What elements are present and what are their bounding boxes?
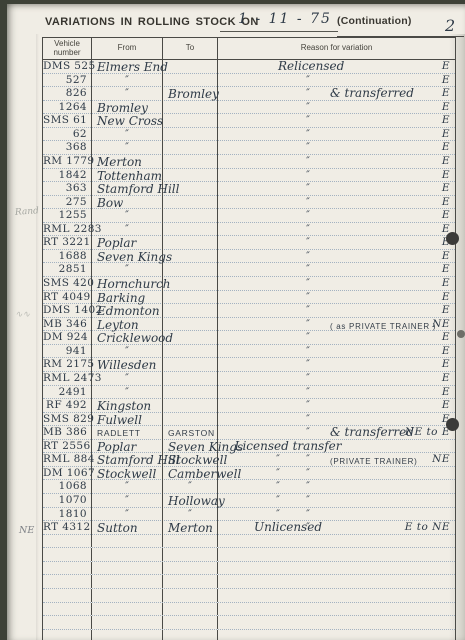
column-header-to: To: [163, 38, 218, 59]
column-header-vehicle-number: Vehicle number: [43, 38, 92, 59]
licence-status-code: E: [442, 182, 450, 194]
reason-main-text: ″: [278, 372, 338, 385]
to-garage-cell: [163, 169, 218, 183]
from-garage-cell: [92, 562, 163, 575]
vehicle-number-cell: 363: [43, 182, 92, 196]
empty-table-row: [43, 630, 455, 640]
reason-cell: ″ E: [218, 223, 455, 237]
reason-main-text: ″: [278, 74, 338, 87]
from-garage-cell: ″: [92, 128, 163, 142]
to-garage-cell: Bromley: [163, 87, 218, 101]
from-garage-cell: ″: [92, 223, 163, 237]
licence-status-code: E: [442, 209, 450, 221]
from-garage-cell: ″: [92, 372, 163, 386]
reason-main-text: ″: [278, 413, 338, 426]
vehicle-number-cell: MB 386: [43, 426, 92, 440]
reason-cell: ″ ( as PRIVATE TRAINER ) NE: [218, 318, 455, 332]
licence-status-code: E: [442, 250, 450, 262]
reason-cell: ″ E: [218, 304, 455, 318]
to-garage-cell: [163, 250, 218, 264]
from-garage-cell: Stockwell: [92, 467, 163, 481]
table-row: 826 ″ Bromley ″ & transferred E: [43, 87, 455, 101]
empty-table-row: [43, 589, 455, 603]
licence-status-code: E: [442, 386, 450, 398]
from-garage-cell: Merton: [92, 155, 163, 169]
to-garage-cell: [163, 277, 218, 291]
reason-main-text: ″: [278, 87, 338, 100]
table-row: 2851 ″ ″ E: [43, 263, 455, 277]
reason-main-text: ″: [278, 128, 338, 141]
vehicle-number-cell: [43, 589, 92, 602]
from-garage-cell: Poplar: [92, 236, 163, 250]
vehicle-number-cell: RM 1779: [43, 155, 92, 169]
licence-status-code: E: [442, 304, 450, 316]
reason-main-text: ″: [278, 277, 338, 290]
to-garage-cell: [163, 331, 218, 345]
to-garage-cell: [163, 562, 218, 575]
reason-cell: ″ E: [218, 386, 455, 400]
reason-main-text: ″: [278, 386, 338, 399]
reason-main-text: ″: [278, 480, 338, 493]
rolling-stock-table: Vehicle number From To Reason for variat…: [42, 37, 456, 640]
licence-status-code: NE: [432, 318, 450, 330]
licence-status-code: E: [442, 87, 450, 99]
table-row: 941 ″ ″ E: [43, 345, 455, 359]
reason-annotation: & transferred: [330, 87, 409, 100]
to-garage-cell: [163, 114, 218, 128]
table-row: DM 1067 Stockwell Camberwell ″ ″: [43, 467, 455, 481]
licence-status-code: E: [442, 196, 450, 208]
to-garage-cell: ″: [163, 480, 218, 494]
to-garage-cell: Camberwell: [163, 467, 218, 481]
reason-cell: [218, 562, 455, 575]
to-garage-cell: Merton: [163, 521, 218, 535]
to-garage-cell: [163, 318, 218, 332]
document-header: VARIATIONS IN ROLLING STOCK ON 1 - 11 - …: [7, 4, 465, 37]
reason-main-text: ″: [278, 209, 338, 222]
reason-cell: ″ ″: [218, 467, 455, 481]
table-row: 527 ″ ″ E: [43, 74, 455, 88]
reason-main-text: ″: [278, 155, 338, 168]
to-garage-cell: [163, 630, 218, 640]
licence-status-code: E: [442, 101, 450, 113]
reason-main-text: ″: [278, 494, 338, 507]
empty-table-row: [43, 603, 455, 617]
to-garage-cell: [163, 101, 218, 115]
reason-main-text: ″: [278, 169, 338, 182]
from-garage-cell: [92, 548, 163, 561]
margin-pencil-note: Rand: [15, 206, 40, 218]
to-garage-cell: [163, 603, 218, 616]
hole-punch-dot: [446, 418, 459, 431]
from-garage-cell: Poplar: [92, 440, 163, 454]
licence-status-code: E: [442, 128, 450, 140]
vehicle-number-cell: [43, 575, 92, 588]
from-garage-cell: ″: [92, 480, 163, 494]
vehicle-number-cell: DM 1067: [43, 467, 92, 481]
vehicle-number-cell: RT 2556: [43, 440, 92, 454]
empty-table-row: [43, 548, 455, 562]
licence-status-code: E: [442, 331, 450, 343]
reason-cell: [218, 575, 455, 588]
vehicle-number-cell: RML 2473: [43, 372, 92, 386]
from-garage-cell: [92, 616, 163, 629]
from-garage-cell: Hornchurch: [92, 277, 163, 291]
to-garage-cell: [163, 128, 218, 142]
reason-main-text: ″: [278, 521, 338, 534]
to-garage-cell: [163, 372, 218, 386]
reason-cell: ″ E: [218, 277, 455, 291]
from-garage-cell: Edmonton: [92, 304, 163, 318]
to-garage-cell: [163, 291, 218, 305]
table-row: 1255 ″ ″ E: [43, 209, 455, 223]
from-garage-cell: ″: [92, 74, 163, 88]
to-garage-cell: [163, 209, 218, 223]
vehicle-number-cell: DMS 525: [43, 60, 92, 74]
document-title: VARIATIONS IN ROLLING STOCK ON: [45, 16, 259, 28]
reason-cell: ″ E: [218, 141, 455, 155]
reason-annotation: & transferred: [330, 426, 409, 439]
reason-cell: ″ E: [218, 101, 455, 115]
from-garage-cell: Seven Kings: [92, 250, 163, 264]
vehicle-number-cell: 527: [43, 74, 92, 88]
table-row: 1688 Seven Kings ″ E: [43, 250, 455, 264]
table-body: DMS 525 Elmers End Relicensed E 527 ″ ″ …: [43, 60, 455, 640]
licence-status-code: E: [442, 291, 450, 303]
vehicle-number-cell: 2851: [43, 263, 92, 277]
vehicle-number-cell: RML 884: [43, 453, 92, 467]
reason-main-text: ″: [278, 467, 338, 480]
empty-table-row: [43, 562, 455, 576]
reason-cell: [218, 535, 455, 548]
licence-status-code: E: [442, 155, 450, 167]
vehicle-number-cell: 1810: [43, 508, 92, 522]
vehicle-number-cell: 941: [43, 345, 92, 359]
vehicle-number-cell: [43, 603, 92, 616]
to-garage-cell: [163, 263, 218, 277]
from-garage-cell: Barking: [92, 291, 163, 305]
reason-cell: ″ E: [218, 291, 455, 305]
scanned-page: VARIATIONS IN ROLLING STOCK ON 1 - 11 - …: [7, 4, 465, 640]
reason-cell: ″ ″: [218, 480, 455, 494]
to-garage-cell: [163, 386, 218, 400]
licence-status-code: E: [442, 141, 450, 153]
vehicle-number-cell: 1070: [43, 494, 92, 508]
table-row: MB 346 Leyton ″ ( as PRIVATE TRAINER ) N…: [43, 318, 455, 332]
vehicle-number-cell: RML 2283: [43, 223, 92, 237]
table-row: 1070 ″ Holloway ″ ″: [43, 494, 455, 508]
reason-cell: ″ E: [218, 250, 455, 264]
from-garage-cell: [92, 603, 163, 616]
licence-status-code: E: [442, 358, 450, 370]
from-garage-cell: Bow: [92, 196, 163, 210]
reason-cell: [218, 548, 455, 561]
from-garage-cell: ″: [92, 209, 163, 223]
from-garage-cell: Willesden: [92, 358, 163, 372]
table-row: RT 4312 Sutton Merton Unlicensed ″ E to …: [43, 521, 455, 535]
document-date-handwritten: 1 - 11 - 75: [235, 11, 335, 27]
vehicle-number-cell: 1842: [43, 169, 92, 183]
table-row: 275 Bow ″ E: [43, 196, 455, 210]
vehicle-number-cell: DM 924: [43, 331, 92, 345]
reason-cell: [218, 616, 455, 629]
reason-cell: ″ E: [218, 128, 455, 142]
reason-cell: ″ E: [218, 114, 455, 128]
reason-main-text: ″: [278, 223, 338, 236]
vehicle-number-cell: 1688: [43, 250, 92, 264]
table-row: MB 386 RADLETT GARSTON ″ & transferred N…: [43, 426, 455, 440]
reason-left-text: Licensed transfer: [230, 440, 346, 453]
table-row: RM 2175 Willesden ″ E: [43, 358, 455, 372]
licence-status-code: E: [442, 277, 450, 289]
to-garage-cell: [163, 358, 218, 372]
reason-cell: ″ E: [218, 236, 455, 250]
table-row: 1810 ″ ″ ″ ″: [43, 508, 455, 522]
column-header-from: From: [92, 38, 163, 59]
to-garage-cell: [163, 589, 218, 602]
licence-status-code: NE to E: [405, 426, 450, 438]
reason-cell: ″ E: [218, 182, 455, 196]
vehicle-number-cell: 1068: [43, 480, 92, 494]
reason-cell: Relicensed E: [218, 60, 455, 74]
to-garage-cell: [163, 345, 218, 359]
reason-cell: Licensed transfer: [218, 440, 455, 454]
reason-cell: ″ E: [218, 196, 455, 210]
from-garage-cell: Fulwell: [92, 413, 163, 427]
licence-status-code: NE: [432, 453, 450, 465]
to-garage-cell: [163, 548, 218, 561]
table-row: 363 Stamford Hill ″ E: [43, 182, 455, 196]
vehicle-number-cell: SMS 420: [43, 277, 92, 291]
vehicle-number-cell: RT 4312: [43, 521, 92, 535]
table-row: RM 1779 Merton ″ E: [43, 155, 455, 169]
reason-cell: ″ & transferred E: [218, 87, 455, 101]
table-row: RT 3221 Poplar ″ E: [43, 236, 455, 250]
to-garage-cell: Seven Kings: [163, 440, 218, 454]
table-row: DMS 525 Elmers End Relicensed E: [43, 60, 455, 74]
from-garage-cell: New Cross: [92, 114, 163, 128]
table-row: 62 ″ ″ E: [43, 128, 455, 142]
to-garage-cell: [163, 223, 218, 237]
reason-cell: ″ E: [218, 169, 455, 183]
table-row: 1842 Tottenham ″ E: [43, 169, 455, 183]
from-garage-cell: Leyton: [92, 318, 163, 332]
to-garage-cell: [163, 535, 218, 548]
licence-status-code: E: [442, 114, 450, 126]
reason-cell: ″ ″ (PRIVATE TRAINER) NE: [218, 453, 455, 467]
table-row: DMS 1402 Edmonton ″ E: [43, 304, 455, 318]
to-garage-cell: [163, 304, 218, 318]
table-row: SMS 61 New Cross ″ E: [43, 114, 455, 128]
to-garage-cell: [163, 141, 218, 155]
reason-cell: ″ E: [218, 155, 455, 169]
reason-main-text: ″: [278, 101, 338, 114]
vehicle-number-cell: 368: [43, 141, 92, 155]
vehicle-number-cell: 1255: [43, 209, 92, 223]
vehicle-number-cell: MB 346: [43, 318, 92, 332]
reason-main-text: ″: [278, 236, 338, 249]
licence-status-code: E: [442, 263, 450, 275]
reason-cell: ″ ″: [218, 494, 455, 508]
reason-cell: ″ E: [218, 209, 455, 223]
licence-status-code: E: [442, 399, 450, 411]
licence-status-code: E: [442, 74, 450, 86]
table-row: 1068 ″ ″ ″ ″: [43, 480, 455, 494]
reason-cell: [218, 589, 455, 602]
vehicle-number-cell: [43, 562, 92, 575]
vehicle-number-cell: SMS 61: [43, 114, 92, 128]
margin-pencil-note-ne: NE: [19, 525, 34, 536]
from-garage-cell: Tottenham: [92, 169, 163, 183]
table-row: RF 492 Kingston ″ E: [43, 399, 455, 413]
vehicle-number-cell: [43, 548, 92, 561]
reason-main-text: Relicensed: [278, 60, 338, 73]
reason-cell: ″ E: [218, 263, 455, 277]
vehicle-number-cell: [43, 535, 92, 548]
vehicle-number-cell: RT 4049: [43, 291, 92, 305]
to-garage-cell: [163, 575, 218, 588]
table-row: 368 ″ ″ E: [43, 141, 455, 155]
licence-status-code: E: [442, 60, 450, 72]
reason-main-text: ″: [278, 318, 338, 331]
table-row: RML 2473 ″ ″ E: [43, 372, 455, 386]
reason-cell: [218, 603, 455, 616]
reason-main-text: ″: [278, 141, 338, 154]
reason-main-text: ″: [278, 399, 338, 412]
reason-cell: [218, 630, 455, 640]
vehicle-number-cell: RM 2175: [43, 358, 92, 372]
to-garage-cell: GARSTON: [163, 426, 218, 440]
from-garage-cell: ″: [92, 386, 163, 400]
reason-main-text: ″: [278, 114, 338, 127]
table-row: 1264 Bromley ″ E: [43, 101, 455, 115]
reason-main-text: ″: [278, 331, 338, 344]
to-garage-cell: Stockwell: [163, 453, 218, 467]
licence-status-code: E to NE: [405, 521, 450, 533]
reason-main-text: ″: [278, 345, 338, 358]
to-garage-cell: [163, 155, 218, 169]
vehicle-number-cell: RT 3221: [43, 236, 92, 250]
reason-main-text: ″: [278, 263, 338, 276]
continuation-label: (Continuation): [337, 15, 412, 27]
from-garage-cell: Stamford Hill: [92, 453, 163, 467]
from-garage-cell: [92, 630, 163, 640]
licence-status-code: E: [442, 169, 450, 181]
from-garage-cell: RADLETT: [92, 426, 163, 440]
reason-cell: Unlicensed ″ E to NE: [218, 521, 455, 535]
reason-main-text: ″: [278, 304, 338, 317]
reason-main-text: ″: [278, 453, 338, 466]
margin-pencil-scribble: ∿∿: [15, 310, 30, 320]
to-garage-cell: [163, 399, 218, 413]
reason-cell: ″ E: [218, 399, 455, 413]
from-garage-cell: Sutton: [92, 521, 163, 535]
from-garage-cell: ″: [92, 263, 163, 277]
vehicle-number-cell: 826: [43, 87, 92, 101]
reason-main-text: ″: [278, 426, 338, 439]
table-row: RML 884 Stamford Hill Stockwell ″ ″ (PRI…: [43, 453, 455, 467]
reason-main-text: ″: [278, 291, 338, 304]
vehicle-number-cell: [43, 616, 92, 629]
reason-cell: ″ E: [218, 345, 455, 359]
reason-main-text: ″: [278, 250, 338, 263]
from-garage-cell: Stamford Hill: [92, 182, 163, 196]
from-garage-cell: ″: [92, 87, 163, 101]
vehicle-number-cell: 2491: [43, 386, 92, 400]
vehicle-number-cell: DMS 1402: [43, 304, 92, 318]
vehicle-number-cell: 62: [43, 128, 92, 142]
from-garage-cell: Bromley: [92, 101, 163, 115]
page-fold-crease: [36, 34, 39, 640]
table-row: SMS 420 Hornchurch ″ E: [43, 277, 455, 291]
table-row: RML 2283 ″ ″ E: [43, 223, 455, 237]
empty-table-row: [43, 575, 455, 589]
page-number: 2: [445, 16, 455, 35]
to-garage-cell: [163, 74, 218, 88]
vehicle-number-cell: RF 492: [43, 399, 92, 413]
reason-main-text: ″: [278, 358, 338, 371]
table-row: RT 2556 Poplar Seven Kings Licensed tran…: [43, 440, 455, 454]
from-garage-cell: [92, 535, 163, 548]
vehicle-number-cell: [43, 630, 92, 640]
reason-main-text: ″: [278, 196, 338, 209]
to-garage-cell: ″: [163, 508, 218, 522]
to-garage-cell: [163, 60, 218, 74]
hole-punch-dot: [446, 232, 459, 245]
to-garage-cell: [163, 616, 218, 629]
from-garage-cell: ″: [92, 345, 163, 359]
table-row: DM 924 Cricklewood ″ E: [43, 331, 455, 345]
table-header-row: Vehicle number From To Reason for variat…: [43, 38, 455, 60]
column-header-reason: Reason for variation: [218, 38, 455, 59]
to-garage-cell: [163, 182, 218, 196]
from-garage-cell: [92, 575, 163, 588]
from-garage-cell: Cricklewood: [92, 331, 163, 345]
vehicle-number-cell: 275: [43, 196, 92, 210]
table-row: RT 4049 Barking ″ E: [43, 291, 455, 305]
reason-cell: ″ E: [218, 372, 455, 386]
licence-status-code: E: [442, 345, 450, 357]
date-underline: [220, 31, 338, 32]
empty-table-row: [43, 616, 455, 630]
table-row: SMS 829 Fulwell ″ E: [43, 413, 455, 427]
to-garage-cell: [163, 196, 218, 210]
empty-table-row: [43, 535, 455, 549]
to-garage-cell: Holloway: [163, 494, 218, 508]
from-garage-cell: [92, 589, 163, 602]
reason-cell: ″ E: [218, 358, 455, 372]
from-garage-cell: Elmers End: [92, 60, 163, 74]
to-garage-cell: [163, 236, 218, 250]
table-row: 2491 ″ ″ E: [43, 386, 455, 400]
vehicle-number-cell: SMS 829: [43, 413, 92, 427]
reason-main-text: ″: [278, 182, 338, 195]
from-garage-cell: Kingston: [92, 399, 163, 413]
reason-cell: ″ E: [218, 331, 455, 345]
licence-status-code: E: [442, 372, 450, 384]
to-garage-cell: [163, 413, 218, 427]
hole-punch-dot-small: [457, 330, 465, 338]
from-garage-cell: ″: [92, 494, 163, 508]
reason-main-text: ″: [278, 508, 338, 521]
from-garage-cell: ″: [92, 508, 163, 522]
vehicle-number-cell: 1264: [43, 101, 92, 115]
from-garage-cell: ″: [92, 141, 163, 155]
